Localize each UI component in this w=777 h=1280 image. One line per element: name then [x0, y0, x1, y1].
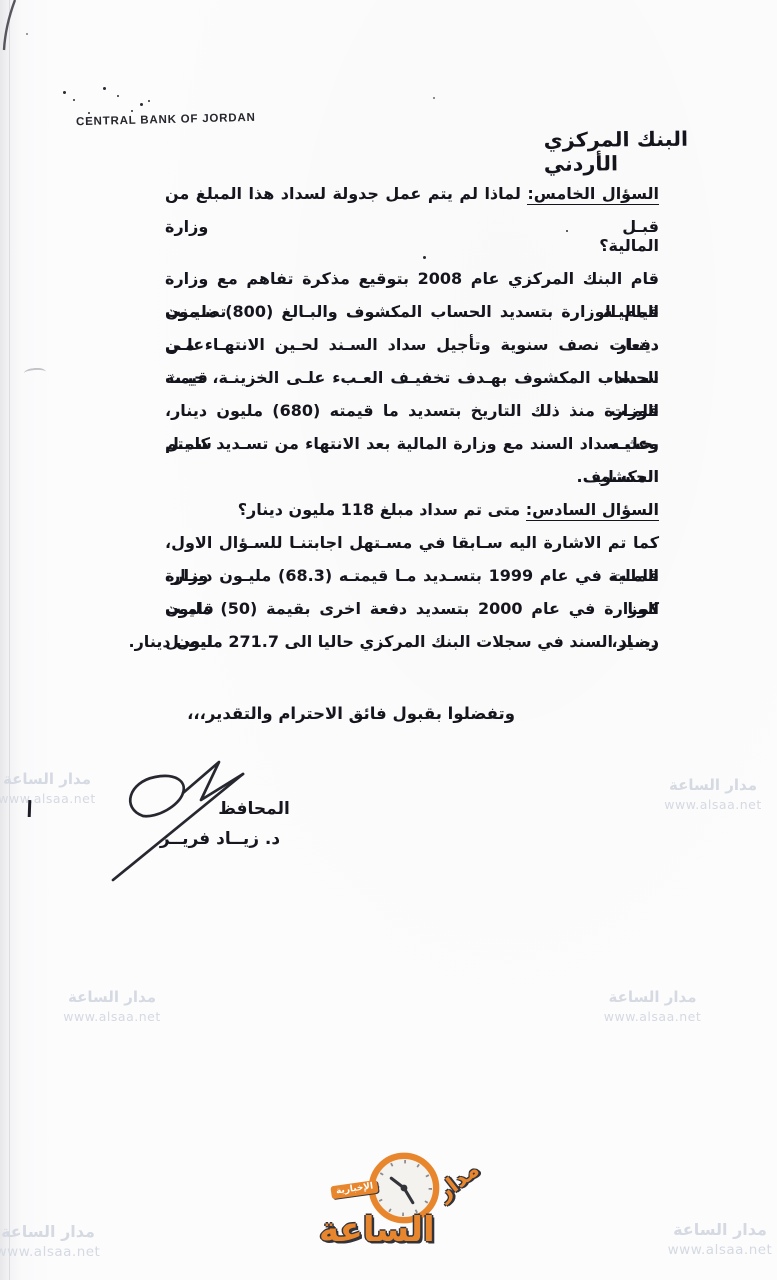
watermark: مدار الساعة www.alsaa.net	[0, 770, 122, 806]
letter-body: السؤال الخامس: لماذا لم يتم عمل جدولة لس…	[165, 177, 659, 658]
q5-answer-line-3: دفعات نصف سنوية وتأجيل سداد السـند لحـين…	[165, 328, 659, 361]
watermark-url: www.alsaa.net	[52, 1009, 172, 1024]
watermark-url: www.alsaa.net	[0, 1244, 108, 1260]
scanned-letter-page: { "header": { "bank_name_en": "CENTRAL B…	[0, 0, 777, 1280]
watermark-url: www.alsaa.net	[648, 797, 777, 812]
scan-speck	[103, 87, 106, 90]
pen-mark-dash	[24, 367, 47, 378]
watermark-url: www.alsaa.net	[0, 791, 122, 806]
scan-speck	[88, 112, 90, 114]
watermark-site-name: مدار الساعة	[648, 776, 777, 794]
watermark-url: www.alsaa.net	[655, 1242, 777, 1258]
bank-logo-arabic: البنك المركزي الأردني	[544, 126, 765, 176]
scan-speck	[63, 91, 66, 94]
scan-speck	[117, 95, 119, 97]
watermark-site-name: مدار الساعة	[0, 770, 122, 788]
q6-answer-line-3: الوزارة في عام 2000 بتسديد دفعة اخرى بقي…	[165, 592, 659, 625]
q6-answer-line-4: رصيد السند في سجلات البنك المركزي حاليا …	[165, 625, 659, 658]
watermark-site-name: مدار الساعة	[655, 1220, 777, 1239]
q5-answer-line-5: الوزارة منذ ذلك التاريخ بتسديد ما قيمته …	[165, 394, 659, 427]
q5-heading: السؤال الخامس:	[527, 184, 659, 205]
scan-speck	[131, 110, 133, 112]
q6-answer-line-1: كما تم الاشارة اليه سـابقا في مسـتهل اجا…	[165, 526, 659, 559]
q6-line-1-text: متى تم سداد مبلغ 118 مليون دينار؟	[238, 500, 520, 519]
closing-salutation: وتفضلوا بقبول فائق الاحترام والتقدير،،،	[215, 704, 515, 723]
watermark-site-name: مدار الساعة	[0, 1222, 108, 1241]
q5-answer-line-6: بحث سداد السند مع وزارة المالية بعد الان…	[165, 427, 659, 460]
bank-name-en: CENTRAL BANK OF JORDAN	[76, 112, 256, 128]
watermark-site-name: مدار الساعة	[52, 988, 172, 1006]
scan-speck	[433, 97, 435, 99]
q5-answer-line-2: قيام الوزارة بتسديد الحساب المكشوف والبـ…	[165, 295, 659, 328]
q6-heading: السؤال السادس:	[526, 500, 659, 521]
news-site-logo: مدار الإخبارية الساعة	[325, 1143, 480, 1243]
scan-speck	[140, 103, 143, 106]
scan-speck	[566, 230, 568, 232]
scan-speck	[607, 377, 610, 381]
scan-corner-mark	[0, 0, 26, 52]
q5-answer-line-1: قام البنك المركزي عام 2008 بتوقيع مذكرة …	[165, 262, 659, 295]
scan-speck	[73, 99, 75, 101]
scan-speck	[423, 256, 426, 259]
watermark: مدار الساعة www.alsaa.net	[590, 988, 715, 1024]
watermark: مدار الساعة www.alsaa.net	[655, 1220, 777, 1258]
q5-answer-line-7: المكشوف.	[165, 460, 659, 493]
watermark: مدار الساعة www.alsaa.net	[52, 988, 172, 1024]
q6-line-1: السؤال السادس: متى تم سداد مبلغ 118 مليو…	[165, 493, 659, 526]
pen-mark-vertical	[28, 800, 31, 817]
q6-answer-line-2: المالية في عام 1999 بتسـديد مـا قيمتـه (…	[165, 559, 659, 592]
watermark: مدار الساعة www.alsaa.net	[648, 776, 777, 812]
watermark-site-name: مدار الساعة	[590, 988, 715, 1006]
q5-line-1: السؤال الخامس: لماذا لم يتم عمل جدولة لس…	[165, 177, 659, 210]
logo-word-alsaa: الساعة	[319, 1213, 435, 1247]
scan-speck	[26, 33, 28, 35]
q5-answer-line-4: الحساب المكشوف بهـدف تخفيـف العـبء علـى …	[165, 361, 659, 394]
paper-edge-line	[9, 0, 10, 1280]
watermark-url: www.alsaa.net	[590, 1009, 715, 1024]
watermark: مدار الساعة www.alsaa.net	[0, 1222, 108, 1260]
scan-speck	[148, 100, 150, 102]
